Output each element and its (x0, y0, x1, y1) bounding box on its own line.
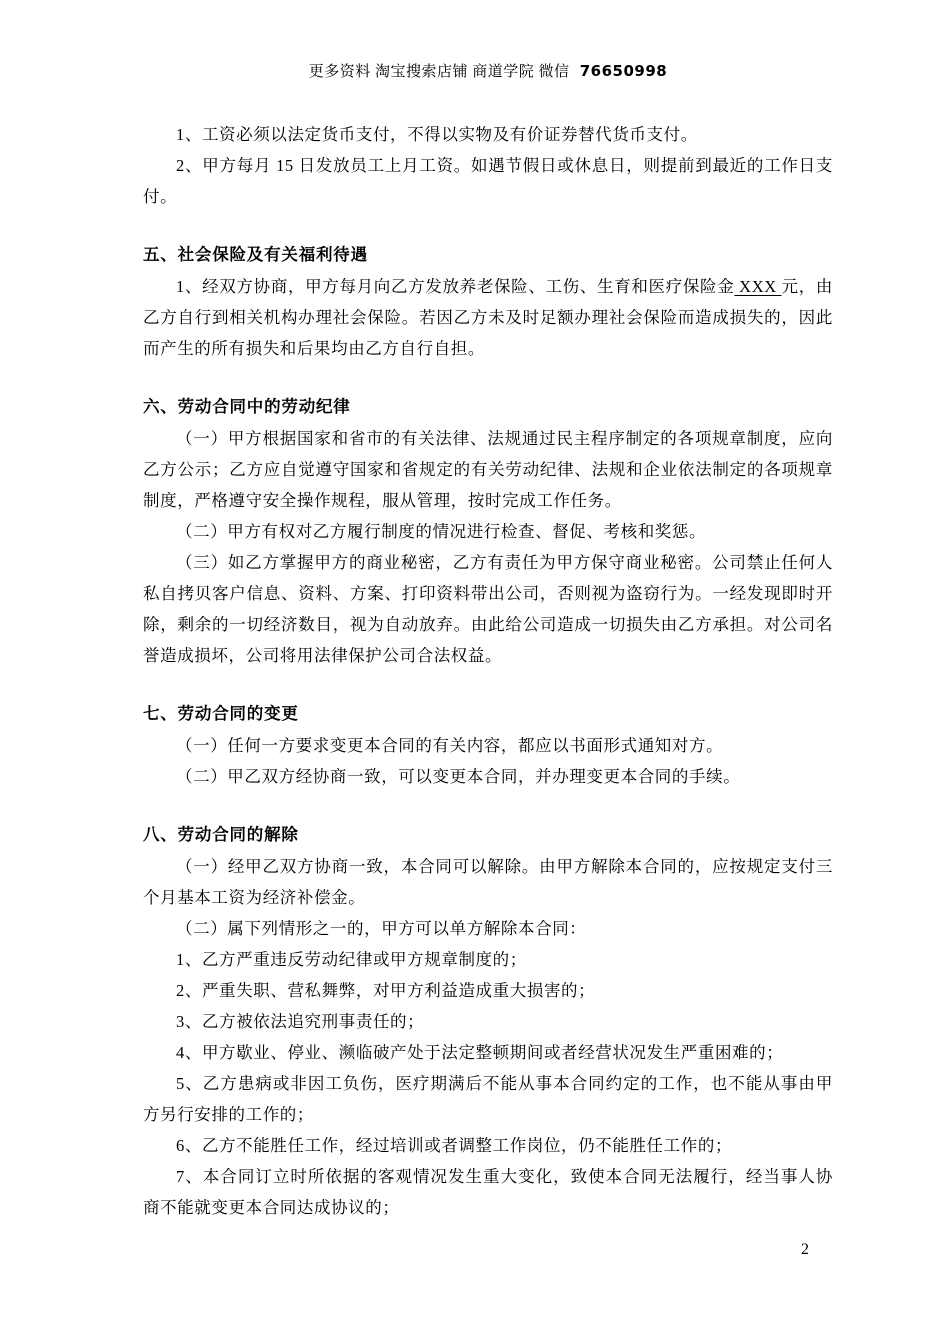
header-promo-text: 更多资料 淘宝搜索店铺 商道学院 微信 (309, 64, 570, 80)
page-number: 2 (790, 1241, 820, 1259)
clause-amendment-consensus: （二）甲乙双方经协商一致，可以变更本合同，并办理变更本合同的手续。 (143, 761, 833, 792)
termination-item-7: 7、本合同订立时所依据的客观情况发生重大变化，致使本合同无法履行，经当事人协商不… (143, 1161, 833, 1223)
contract-document-page: 更多资料 淘宝搜索店铺 商道学院 微信 76650998 1、工资必须以法定货币… (0, 0, 950, 1344)
termination-item-2: 2、严重失职、营私舞弊，对甲方利益造成重大损害的； (143, 975, 833, 1006)
clause-wage-payday: 2、甲方每月 15 日发放员工上月工资。如遇节假日或休息日，则提前到最近的工作日… (143, 150, 833, 212)
clause-discipline-inspection: （二）甲方有权对乙方履行制度的情况进行检查、督促、考核和奖惩。 (143, 516, 833, 547)
clause-amendment-notice: （一）任何一方要求变更本合同的有关内容，都应以书面形式通知对方。 (143, 730, 833, 761)
clause-wage-currency: 1、工资必须以法定货币支付，不得以实物及有价证券替代货币支付。 (143, 119, 833, 150)
termination-item-1: 1、乙方严重违反劳动纪律或甲方规章制度的； (143, 944, 833, 975)
insurance-amount-blank: XXX (734, 277, 781, 296)
termination-item-4: 4、甲方歇业、停业、濒临破产处于法定整顿期间或者经营状况发生严重困难的； (143, 1037, 833, 1068)
header-wechat-number: 76650998 (580, 62, 668, 80)
document-body: 1、工资必须以法定货币支付，不得以实物及有价证券替代货币支付。 2、甲方每月 1… (143, 119, 833, 1223)
section-8-title: 八、劳动合同的解除 (143, 820, 833, 851)
termination-item-6: 6、乙方不能胜任工作，经过培训或者调整工作岗位，仍不能胜任工作的； (143, 1130, 833, 1161)
clause-termination-consensus: （一）经甲乙双方协商一致，本合同可以解除。由甲方解除本合同的，应按规定支付三个月… (143, 851, 833, 913)
document-header: 更多资料 淘宝搜索店铺 商道学院 微信 76650998 (143, 60, 833, 83)
clause-social-insurance: 1、经双方协商，甲方每月向乙方发放养老保险、工伤、生育和医疗保险金 XXX 元，… (143, 271, 833, 364)
clause-termination-conditions-intro: （二）属下列情形之一的，甲方可以单方解除本合同： (143, 913, 833, 944)
section-7-title: 七、劳动合同的变更 (143, 699, 833, 730)
clause-discipline-rules: （一）甲方根据国家和省市的有关法律、法规通过民主程序制定的各项规章制度，应向乙方… (143, 423, 833, 516)
termination-item-5: 5、乙方患病或非因工负伤，医疗期满后不能从事本合同约定的工作，也不能从事由甲方另… (143, 1068, 833, 1130)
section-6-title: 六、劳动合同中的劳动纪律 (143, 392, 833, 423)
termination-item-3: 3、乙方被依法追究刑事责任的； (143, 1006, 833, 1037)
clause-text-before-blank: 1、经双方协商，甲方每月向乙方发放养老保险、工伤、生育和医疗保险金 (176, 277, 734, 296)
clause-trade-secrets: （三）如乙方掌握甲方的商业秘密，乙方有责任为甲方保守商业秘密。公司禁止任何人私自… (143, 547, 833, 671)
section-5-title: 五、社会保险及有关福利待遇 (143, 240, 833, 271)
